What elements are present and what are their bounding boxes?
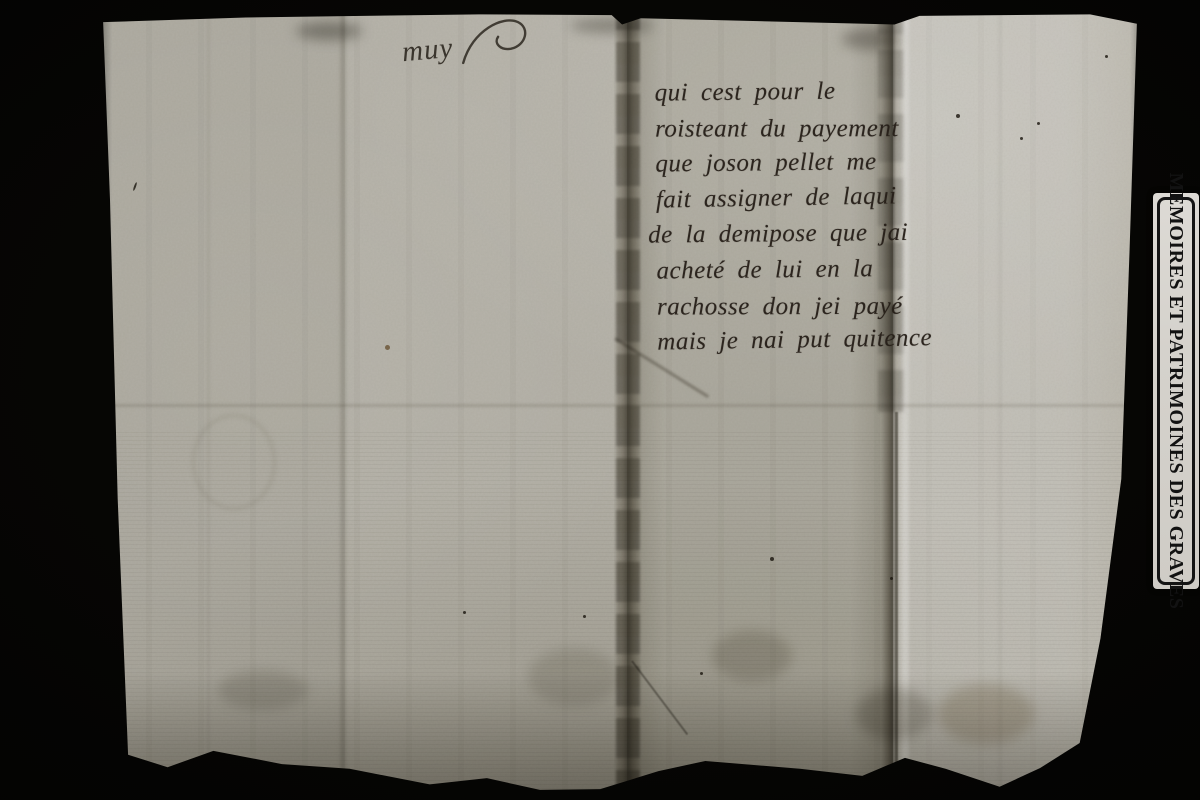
paper-grain-texture <box>100 12 1140 793</box>
archive-label: MEMOIRES ET PATRIMOINES DES GRAVES <box>1153 193 1199 589</box>
manuscript-paper: muy qui cest pour le roisteant du payeme… <box>100 12 1140 793</box>
photo-background: muy qui cest pour le roisteant du payeme… <box>0 0 1200 800</box>
archive-label-text: MEMOIRES ET PATRIMOINES DES GRAVES <box>1153 193 1199 589</box>
